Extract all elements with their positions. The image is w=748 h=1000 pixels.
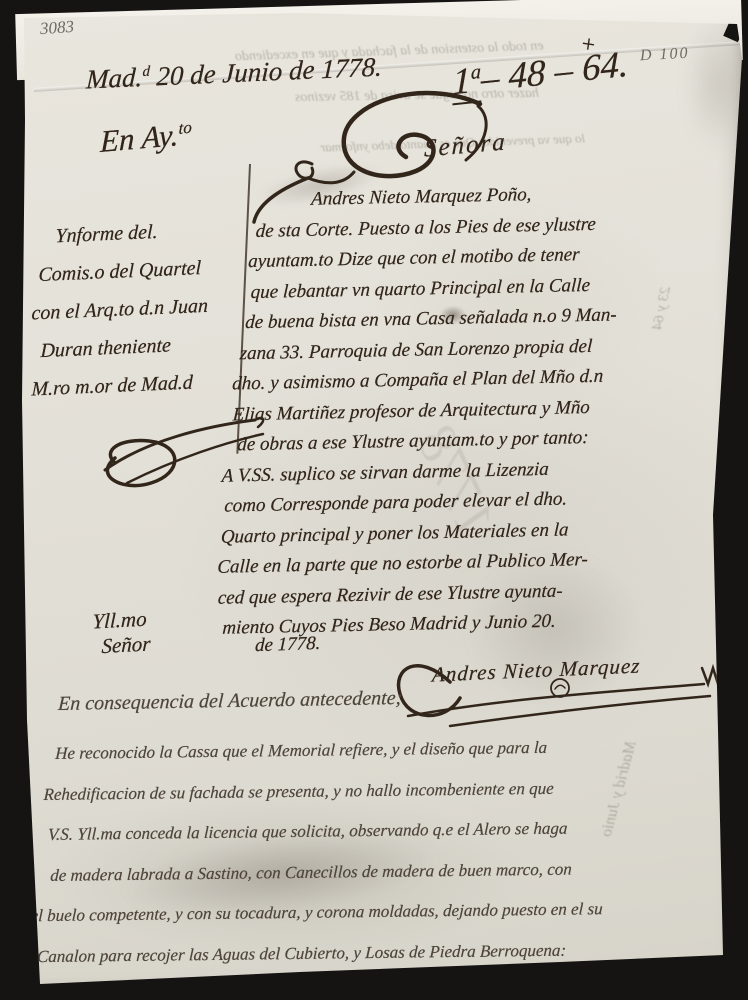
closing-line: Señor	[101, 631, 151, 659]
report-line: Canalon para recojer las Aguas del Cubie…	[36, 930, 602, 977]
closing-line: Yll.mo	[92, 606, 152, 634]
report-line: He reconocido la Cassa que el Memorial r…	[54, 727, 610, 774]
margin-note-line: con el Arq.to d.n Juan	[31, 287, 208, 333]
manuscript-photo: en todo la ostension de la fachada y que…	[0, 0, 748, 1000]
report-line: de madera labrada a Sastino, con Canecil…	[49, 849, 605, 896]
report-line: Rehedificacion de su fachada se presenta…	[43, 768, 609, 815]
session-note: En Ay.to	[100, 116, 192, 160]
petition-date-continuation: de 1778.	[255, 633, 321, 657]
margin-report-note: Ynforme del. Comis.o del Quartel con el …	[35, 211, 210, 409]
archive-number: 3083	[39, 17, 74, 39]
report-line: el buelo competente, y con su tocadura, …	[30, 889, 604, 937]
shelf-code: D 100	[640, 45, 690, 66]
closing-salutation: Yll.mo Señor	[91, 606, 152, 659]
paper-sheet: en todo la ostension de la fachada y que…	[0, 0, 748, 1000]
bleedthrough-text: 23 y 64	[649, 285, 675, 332]
petition-text: Andres Nieto Marquez Poño, de sta Corte.…	[230, 178, 624, 644]
report-text: He reconocido la Cassa que el Memorial r…	[34, 727, 610, 977]
report-line: V.S. Yll.ma conceda la licencia que soli…	[47, 808, 607, 855]
report-heading: En consequencia del Acuerdo antecedente;	[57, 687, 402, 716]
